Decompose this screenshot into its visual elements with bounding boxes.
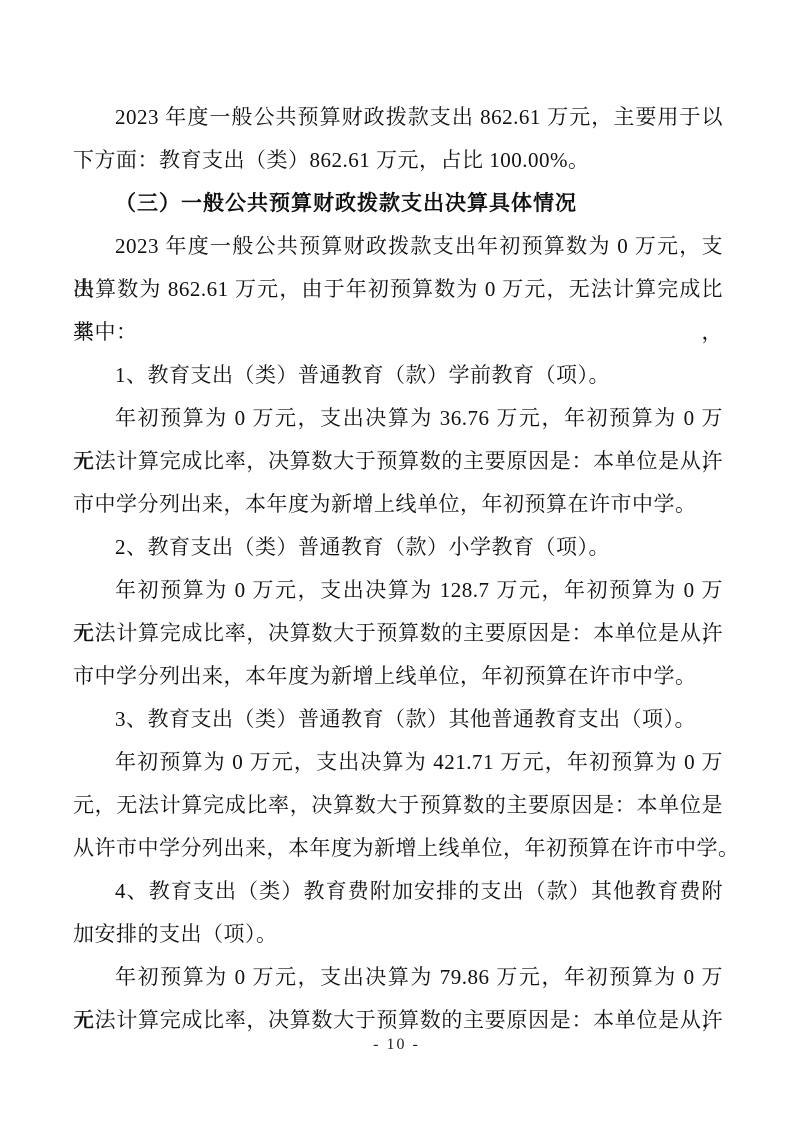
- text-line: 年初预算为 0 万元，支出决算为 128.7 万元，年初预算为 0 万元，: [73, 569, 723, 612]
- text-line: 决算数为 862.61 万元，由于年初预算数为 0 万元，无法计算完成比率，: [73, 268, 723, 311]
- text-line: 无法计算完成比率，决算数大于预算数的主要原因是：本单位是从许: [73, 612, 723, 655]
- item-3-heading: 3、教育支出（类）普通教育（款）其他普通教育支出（项）。: [73, 698, 723, 741]
- page-number: - 10 -: [0, 1036, 793, 1054]
- text-line: 年初预算为 0 万元，支出决算为 36.76 万元，年初预算为 0 万元，: [73, 397, 723, 440]
- text-line: 市中学分列出来，本年度为新增上线单位，年初预算在许市中学。: [73, 483, 723, 526]
- text-line: 市中学分列出来，本年度为新增上线单位，年初预算在许市中学。: [73, 655, 723, 698]
- item-1-heading: 1、教育支出（类）普通教育（款）学前教育（项）。: [73, 354, 723, 397]
- text-line: 无法计算完成比率，决算数大于预算数的主要原因是：本单位是从许: [73, 440, 723, 483]
- document-body: 2023 年度一般公共预算财政拨款支出 862.61 万元，主要用于以 下方面：…: [73, 96, 723, 1042]
- text-line: 年初预算为 0 万元，支出决算为 79.86 万元，年初预算为 0 万元，: [73, 956, 723, 999]
- text-line: 从许市中学分列出来，本年度为新增上线单位，年初预算在许市中学。: [73, 827, 723, 870]
- text-line: 2023 年度一般公共预算财政拨款支出年初预算数为 0 万元，支出: [73, 225, 723, 268]
- document-page: 2023 年度一般公共预算财政拨款支出 862.61 万元，主要用于以 下方面：…: [0, 0, 793, 1122]
- text-line: 下方面：教育支出（类）862.61 万元，占比 100.00%。: [73, 139, 723, 182]
- text-line: 加安排的支出（项）。: [73, 913, 723, 956]
- section-heading: （三）一般公共预算财政拨款支出决算具体情况: [73, 182, 723, 225]
- text-line: 年初预算为 0 万元，支出决算为 421.71 万元，年初预算为 0 万: [73, 741, 723, 784]
- item-4-heading: 4、教育支出（类）教育费附加安排的支出（款）其他教育费附: [73, 870, 723, 913]
- item-2-heading: 2、教育支出（类）普通教育（款）小学教育（项）。: [73, 526, 723, 569]
- text-line: 元，无法计算完成比率，决算数大于预算数的主要原因是：本单位是: [73, 784, 723, 827]
- text-line: 2023 年度一般公共预算财政拨款支出 862.61 万元，主要用于以: [73, 96, 723, 139]
